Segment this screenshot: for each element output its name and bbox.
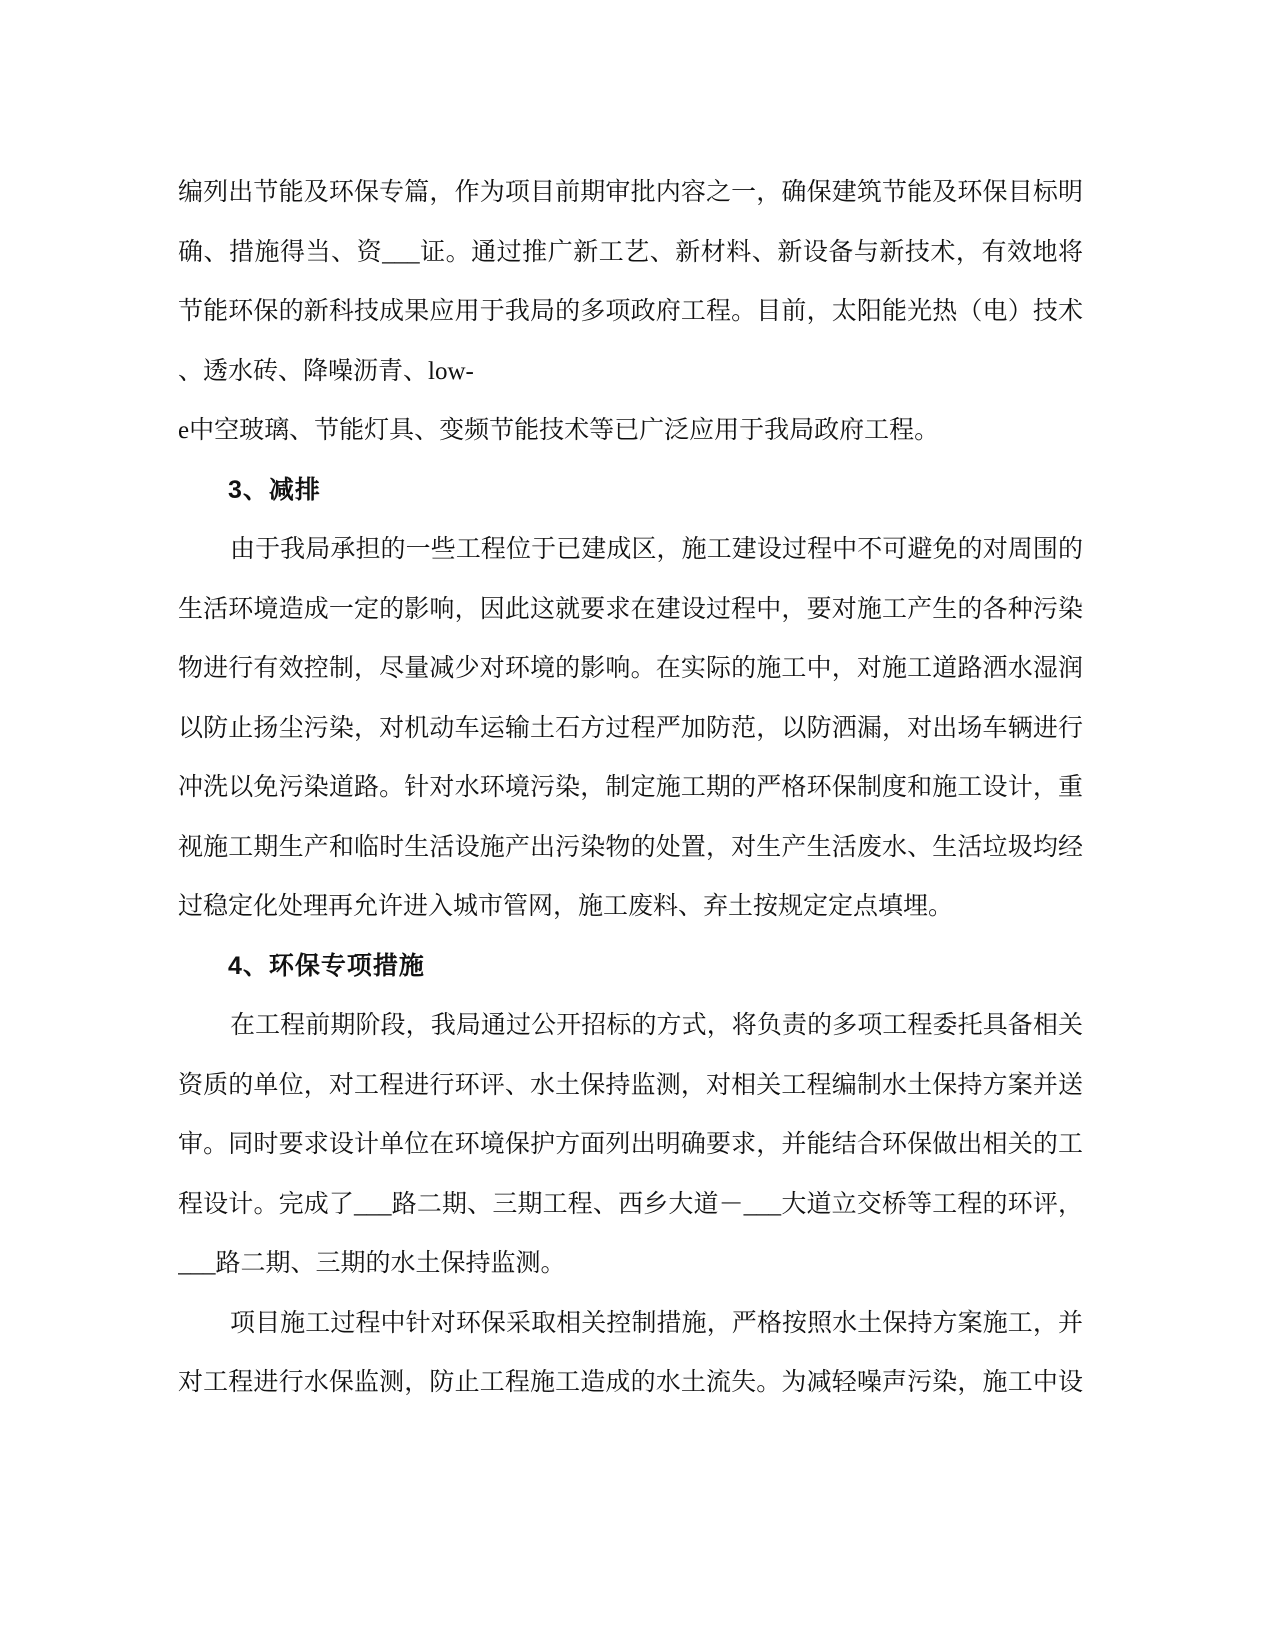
section-heading: 3、减排	[178, 461, 1083, 521]
text-line: e中空玻璃、节能灯具、变频节能技术等已广泛应用于我局政府工程。	[178, 401, 1083, 461]
document-page: 编列出节能及环保专篇，作为项目前期审批内容之一，确保建筑节能及环保目标明 确、措…	[0, 0, 1275, 1650]
text-line: 对工程进行水保监测，防止工程施工造成的水土流失。为减轻噪声污染，施工中设	[178, 1353, 1083, 1413]
text-line: ___路二期、三期的水土保持监测。	[178, 1234, 1083, 1294]
text-line: 过稳定化处理再允许进入城市管网，施工废料、弃土按规定定点填埋。	[178, 877, 1083, 937]
text-line: 在工程前期阶段，我局通过公开招标的方式，将负责的多项工程委托具备相关	[178, 996, 1083, 1056]
text-line: 审。同时要求设计单位在环境保护方面列出明确要求，并能结合环保做出相关的工	[178, 1115, 1083, 1175]
text-line: 项目施工过程中针对环保采取相关控制措施，严格按照水土保持方案施工，并	[178, 1294, 1083, 1354]
section-heading: 4、环保专项措施	[178, 937, 1083, 997]
document-body: 编列出节能及环保专篇，作为项目前期审批内容之一，确保建筑节能及环保目标明 确、措…	[178, 163, 1083, 1413]
text-line: 编列出节能及环保专篇，作为项目前期审批内容之一，确保建筑节能及环保目标明	[178, 163, 1083, 223]
text-line: 物进行有效控制，尽量减少对环境的影响。在实际的施工中，对施工道路洒水湿润	[178, 639, 1083, 699]
text-line: 资质的单位，对工程进行环评、水土保持监测，对相关工程编制水土保持方案并送	[178, 1056, 1083, 1116]
text-line: 冲洗以免污染道路。针对水环境污染，制定施工期的严格环保制度和施工设计，重	[178, 758, 1083, 818]
text-line: 以防止扬尘污染，对机动车运输土石方过程严加防范，以防洒漏，对出场车辆进行	[178, 699, 1083, 759]
text-line: 生活环境造成一定的影响，因此这就要求在建设过程中，要对施工产生的各种污染	[178, 580, 1083, 640]
text-line: 确、措施得当、资___证。通过推广新工艺、新材料、新设备与新技术，有效地将	[178, 223, 1083, 283]
text-line: 程设计。完成了___路二期、三期工程、西乡大道－___大道立交桥等工程的环评，	[178, 1175, 1083, 1235]
text-line: 视施工期生产和临时生活设施产出污染物的处置，对生产生活废水、生活垃圾均经	[178, 818, 1083, 878]
text-line: 节能环保的新科技成果应用于我局的多项政府工程。目前，太阳能光热（电）技术	[178, 282, 1083, 342]
text-line: 、透水砖、降噪沥青、low-	[178, 342, 1083, 402]
text-line: 由于我局承担的一些工程位于已建成区，施工建设过程中不可避免的对周围的	[178, 520, 1083, 580]
